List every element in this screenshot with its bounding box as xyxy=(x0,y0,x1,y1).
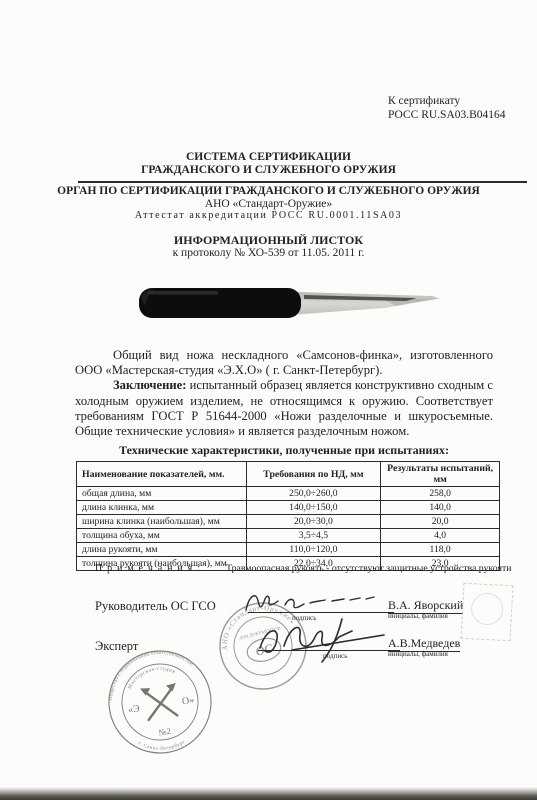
row-requirement: 20,0÷30,0 xyxy=(246,515,381,529)
table-title: Технические характеристики, полученные п… xyxy=(75,443,493,458)
row-requirement: 140,0÷150,0 xyxy=(246,501,381,515)
col-header-name: Наименование показателей, мм. xyxy=(77,462,247,487)
header-org-name: АНО «Стандарт-Оружие» xyxy=(40,198,497,210)
crossed-axes-icon xyxy=(141,683,181,720)
row-result: 118,0 xyxy=(381,543,500,557)
col-header-requirements: Требования по НД, мм xyxy=(246,462,381,487)
scan-bottom-edge xyxy=(0,787,537,800)
notes-text: . Травмоопасная рукоять - отсутствуют за… xyxy=(221,563,511,574)
head-signature-line xyxy=(248,612,394,613)
faint-stamp-mark-icon xyxy=(470,592,504,626)
cert-ref-number: РОСС RU.SA03.B04164 xyxy=(388,108,506,122)
table-row: длина рукояти, мм 110,0÷120,0 118,0 xyxy=(77,543,500,557)
row-result: 258,0 xyxy=(381,487,500,501)
certificate-reference: К сертификату РОСС RU.SA03.B04164 xyxy=(388,94,506,122)
row-result: 4,0 xyxy=(381,529,500,543)
cert-ref-label: К сертификату xyxy=(388,94,506,108)
general-view-paragraph: Общий вид ножа нескладного «Самсонов-фин… xyxy=(75,348,493,378)
knife-blade-icon xyxy=(297,292,440,315)
table-header-row: Наименование показателей, мм. Требования… xyxy=(77,462,500,487)
row-requirement: 3,5÷4,5 xyxy=(246,529,381,543)
header-divider-line xyxy=(78,181,527,183)
header-org-line: ОРГАН ПО СЕРТИФИКАЦИИ ГРАЖДАНСКОГО И СЛУ… xyxy=(40,185,497,197)
stamp-right-char: О» xyxy=(181,695,195,708)
head-name-caption: инициалы, фамилия xyxy=(388,612,448,620)
col-header-results: Результаты испытаний, мм xyxy=(381,462,500,487)
maker-round-stamp: Общество с ограниченной ответственностью… xyxy=(106,648,214,756)
row-name: ширина клинка (наибольшая), мм xyxy=(77,515,247,529)
expert-signature-line xyxy=(258,650,400,651)
expert-signature-caption: подпись xyxy=(323,652,347,660)
table-row: ширина клинка (наибольшая), мм 20,0÷30,0… xyxy=(77,515,500,529)
header-system-line2: ГРАЖДАНСКОГО И СЛУЖЕБНОГО ОРУЖИЯ xyxy=(40,164,497,176)
svg-text:Общество с ограниченной ответс: Общество с ограниченной ответственностью xyxy=(106,648,198,701)
stamp-left-char: «Э xyxy=(127,703,141,716)
row-requirement: 110,0÷120,0 xyxy=(246,543,381,557)
row-result: 20,0 xyxy=(381,515,500,529)
scanned-certificate-page: К сертификату РОСС RU.SA03.B04164 СИСТЕМ… xyxy=(0,0,537,800)
document-title: ИНФОРМАЦИОННЫЙ ЛИСТОК xyxy=(40,233,497,248)
general-view-text: Общий вид ножа нескладного «Самсонов-фин… xyxy=(75,348,493,377)
row-name: длина рукояти, мм xyxy=(77,543,247,557)
head-role-label: Руководитель ОС ГСО xyxy=(95,599,216,614)
notes-line: П р и м е ч а н и я :. Травмоопасная рук… xyxy=(95,563,515,574)
row-result: 140,0 xyxy=(381,501,500,515)
knife-handle-icon xyxy=(139,288,301,318)
stamp-ring-top-text: Общество с ограниченной ответственностью xyxy=(106,648,198,701)
conclusion-paragraph: Заключение: испытанный образец является … xyxy=(75,378,493,439)
row-name: длина клинка, мм xyxy=(77,501,247,515)
expert-name-caption: инициалы, фамилия xyxy=(388,650,448,658)
header-accreditation: Аттестат аккредитации РОСС RU.0001.11SA0… xyxy=(40,210,497,221)
table-row: толщина обуха, мм 3,5÷4,5 4,0 xyxy=(77,529,500,543)
characteristics-table: Наименование показателей, мм. Требования… xyxy=(76,461,500,571)
description-block: Общий вид ножа нескладного «Самсонов-фин… xyxy=(75,348,493,439)
faint-partial-stamp xyxy=(461,583,514,642)
header-system-line1: СИСТЕМА СЕРТИФИКАЦИИ xyxy=(40,151,497,163)
notes-label: П р и м е ч а н и я : xyxy=(95,563,201,574)
conclusion-label: Заключение: xyxy=(113,378,186,392)
stamp-number: №2 xyxy=(158,726,172,738)
knife-photo xyxy=(134,282,446,322)
table-row: общая длина, мм 250,0÷260,0 258,0 xyxy=(77,487,500,501)
table-row: длина клинка, мм 140,0÷150,0 140,0 xyxy=(77,501,500,515)
row-requirement: 250,0÷260,0 xyxy=(246,487,381,501)
row-name: общая длина, мм xyxy=(77,487,247,501)
row-name: толщина обуха, мм xyxy=(77,529,247,543)
protocol-reference: к протоколу № ХО-539 от 11.05. 2011 г. xyxy=(40,247,497,259)
